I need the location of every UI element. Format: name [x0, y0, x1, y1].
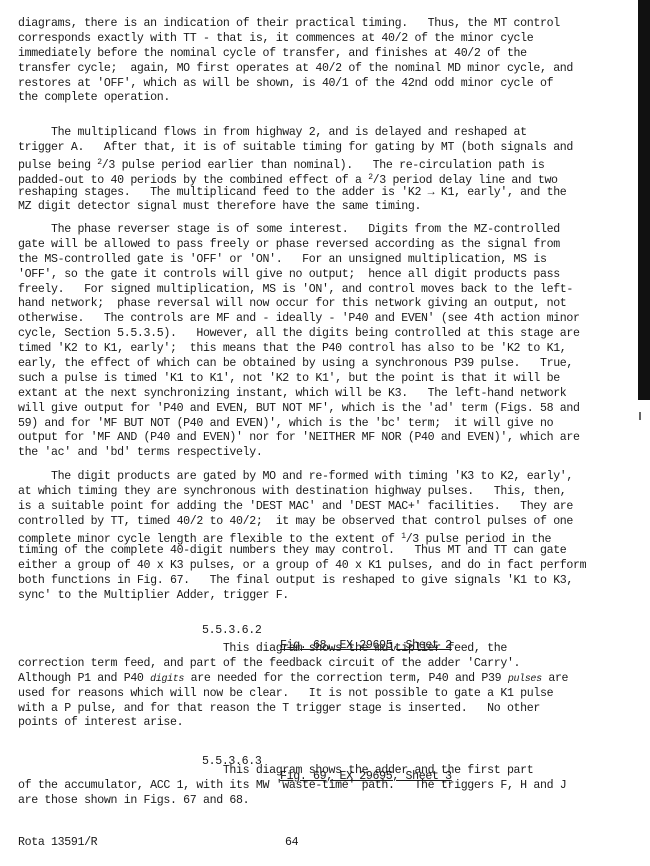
- paragraph-adder: This diagram shows the adder and the fir…: [18, 764, 598, 809]
- paragraph-phase-reverser: The phase reverser stage is of some inte…: [18, 223, 598, 461]
- text-line: MZ digit detector signal must therefore …: [18, 200, 598, 215]
- text-line: with a P pulse, and for that reason the …: [18, 702, 598, 717]
- text-line: both functions in Fig. 67. The final out…: [18, 574, 598, 589]
- text-line: the complete operation.: [18, 91, 598, 106]
- text-line: the 'ac' and 'bd' terms respectively.: [18, 446, 598, 461]
- section-number: 5.5.3.6.2: [202, 624, 261, 639]
- text-line: extant at the next synchronizing instant…: [18, 387, 598, 402]
- paragraph-multiplicand: The multiplicand flows in from highway 2…: [18, 126, 598, 215]
- text-line: are those shown in Figs. 67 and 68.: [18, 794, 598, 809]
- text-line: The digit products are gated by MO and r…: [18, 470, 598, 485]
- text-line: 59) and for 'MF BUT NOT (P40 and EVEN)',…: [18, 417, 598, 432]
- text-line: transfer cycle; again, MO first operates…: [18, 62, 598, 77]
- text-line: immediately before the nominal cycle of …: [18, 47, 598, 62]
- document-page: diagrams, there is an indication of thei…: [0, 0, 650, 866]
- text-line: is a suitable point for adding the 'DEST…: [18, 500, 598, 515]
- text-line: padded-out to 40 periods by the combined…: [18, 171, 598, 186]
- text-line: either a group of 40 x K3 pulses, or a g…: [18, 559, 598, 574]
- text-line: timed 'K2 to K1, early'; this means that…: [18, 342, 598, 357]
- page-number: 64: [285, 836, 298, 851]
- text-line: such a pulse is timed 'K1 to K1', not 'K…: [18, 372, 598, 387]
- text-line: timing of the complete 40-digit numbers …: [18, 544, 598, 559]
- text-line: Although P1 and P40 digits are needed fo…: [18, 672, 598, 687]
- text-line: points of interest arise.: [18, 716, 598, 731]
- scan-edge-bar: [638, 0, 650, 400]
- text-line: otherwise. The controls are MF and - ide…: [18, 312, 598, 327]
- text-line: pulse being 2/3 pulse period earlier tha…: [18, 156, 598, 171]
- text-line: output for 'MF AND (P40 and EVEN)' nor f…: [18, 431, 598, 446]
- text-line: correction term feed, and part of the fe…: [18, 657, 598, 672]
- paragraph-timing: diagrams, there is an indication of thei…: [18, 17, 598, 106]
- text-line: The multiplicand flows in from highway 2…: [18, 126, 598, 141]
- text-line: will give output for 'P40 and EVEN, BUT …: [18, 402, 598, 417]
- text-line: sync' to the Multiplier Adder, trigger F…: [18, 589, 598, 604]
- text-line: restores at 'OFF', which as will be show…: [18, 77, 598, 92]
- text-line: diagrams, there is an indication of thei…: [18, 17, 598, 32]
- text-line: complete minor cycle length are flexible…: [18, 530, 598, 545]
- text-line: This diagram shows the multiplier feed, …: [18, 642, 598, 657]
- text-line: freely. For signed multiplication, MS is…: [18, 283, 598, 298]
- text-line: used for reasons which will now be clear…: [18, 687, 598, 702]
- document-reference: Rota 13591/R: [18, 836, 97, 851]
- text-line: early, the effect of which can be obtain…: [18, 357, 598, 372]
- paragraph-multiplier-feed: This diagram shows the multiplier feed, …: [18, 642, 598, 731]
- text-line: of the accumulator, ACC 1, with its MW '…: [18, 779, 598, 794]
- text-line: This diagram shows the adder and the fir…: [18, 764, 598, 779]
- scan-edge-mark: [639, 412, 641, 420]
- text-line: the MS-controlled gate is 'OFF' or 'ON'.…: [18, 253, 598, 268]
- text-line: The phase reverser stage is of some inte…: [18, 223, 598, 238]
- text-line: cycle, Section 5.5.3.5). However, all th…: [18, 327, 598, 342]
- text-line: hand network; phase reversal will now oc…: [18, 297, 598, 312]
- text-line: corresponds exactly with TT - that is, i…: [18, 32, 598, 47]
- text-line: gate will be allowed to pass freely or p…: [18, 238, 598, 253]
- paragraph-digit-products: The digit products are gated by MO and r…: [18, 470, 598, 604]
- text-line: controlled by TT, timed 40/2 to 40/2; it…: [18, 515, 598, 530]
- text-line: at which timing they are synchronous wit…: [18, 485, 598, 500]
- text-line: reshaping stages. The multiplicand feed …: [18, 186, 598, 201]
- text-line: trigger A. After that, it is of suitable…: [18, 141, 598, 156]
- text-line: 'OFF', so the gate it controls will give…: [18, 268, 598, 283]
